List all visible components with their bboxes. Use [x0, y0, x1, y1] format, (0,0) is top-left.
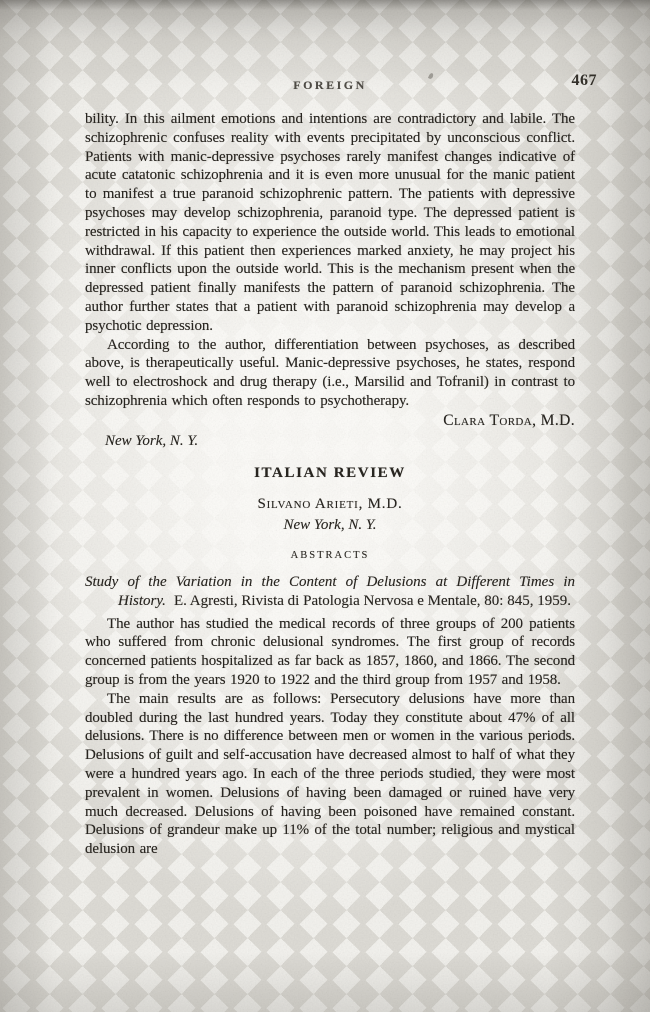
reviewer-location: New York, N. Y. [105, 432, 575, 451]
running-header: FOREIGN 467 [85, 76, 575, 92]
section-author: Silvano Arieti, M.D. [85, 495, 575, 514]
text-block: FOREIGN 467 bility. In this ailment emot… [85, 76, 575, 859]
review-paragraph-continuation: bility. In this ailment emotions and int… [85, 110, 575, 336]
abstract-paragraph-methods: The author has studied the medical recor… [85, 615, 575, 690]
page-number: 467 [572, 72, 598, 90]
abstracts-heading: ABSTRACTS [85, 549, 575, 562]
review-paragraph-conclusion: According to the author, differentiation… [85, 336, 575, 411]
reviewer-signature: Clara Torda, M.D. [85, 411, 575, 430]
scan-speck [428, 72, 434, 79]
section-author-location: New York, N. Y. [85, 516, 575, 535]
running-title: FOREIGN [293, 78, 367, 92]
abstract-paragraph-results: The main results are as follows: Persecu… [85, 690, 575, 859]
scanned-journal-page: FOREIGN 467 bility. In this ailment emot… [0, 0, 650, 1012]
citation-source: E. Agresti, Rivista di Patologia Nervosa… [174, 593, 571, 609]
section-title: ITALIAN REVIEW [85, 464, 575, 483]
abstract-citation: Study of the Variation in the Content of… [85, 573, 575, 612]
